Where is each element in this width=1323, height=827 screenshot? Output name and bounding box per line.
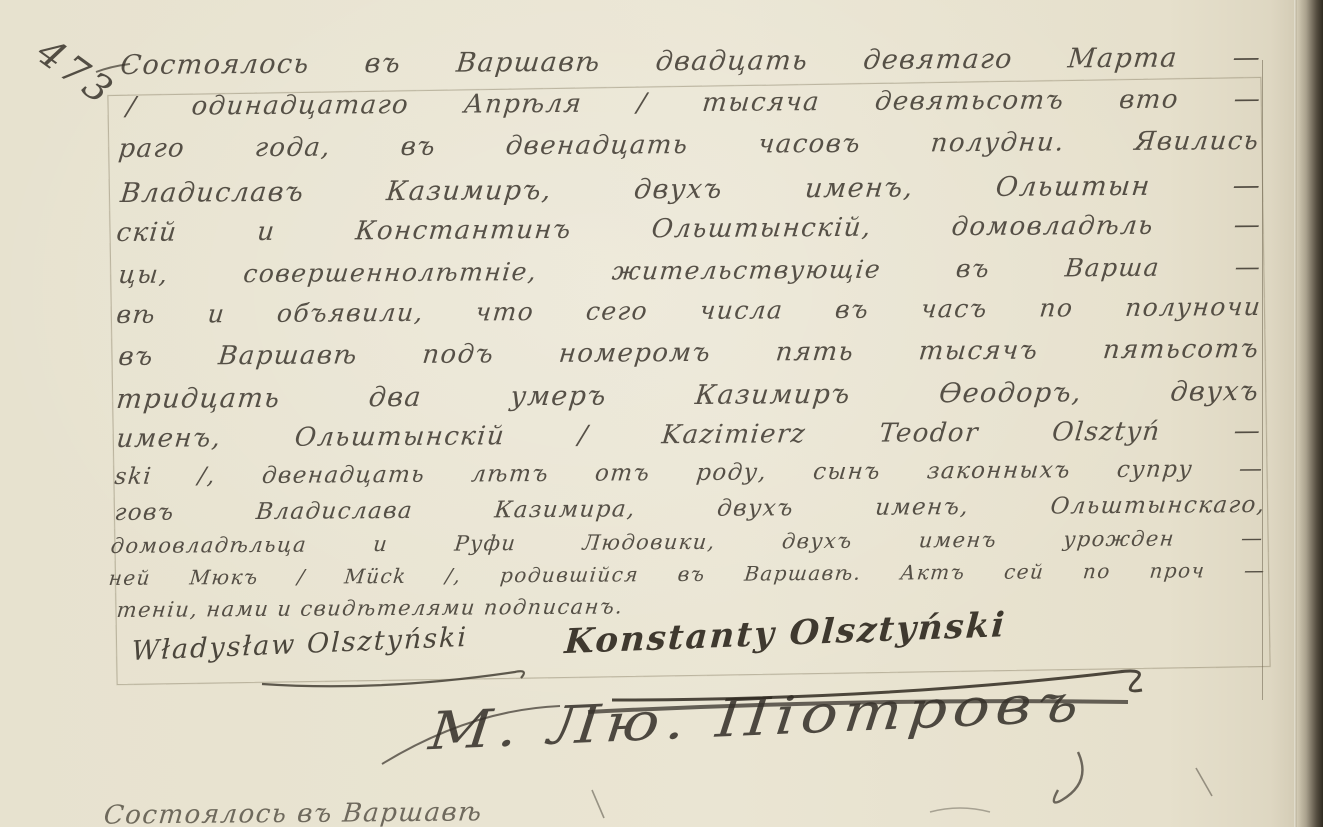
partial-stroke-2 (930, 808, 990, 812)
partial-stroke-3 (1196, 768, 1212, 796)
official-signature: М. Лю. Піотровъ (426, 673, 1087, 762)
manuscript-line-1: Состоялось въ Варшавѣ двадцать девятаго … (119, 42, 1263, 81)
manuscript-line-15: теніи, нами и свидѣтелями подписанъ. (116, 594, 625, 622)
partial-stroke-1 (592, 790, 604, 818)
scanned-registry-page: 473 Состоялось въ Варшавѣ двадцать девят… (0, 0, 1323, 827)
margin-rule-line (1262, 60, 1263, 700)
next-record-partial-line: Состоялось въ Варшавѣ (102, 797, 484, 827)
official-signature-tail (1054, 752, 1083, 802)
binding-edge-shadow (1297, 0, 1323, 827)
